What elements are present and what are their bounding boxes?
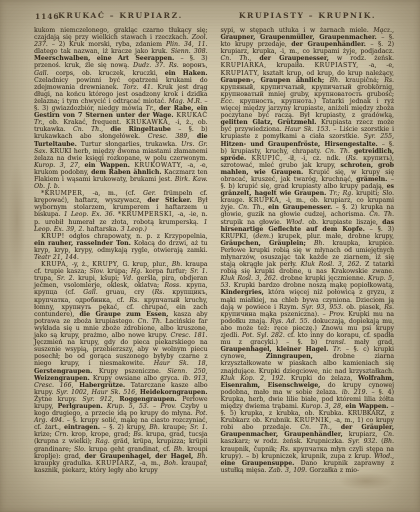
entry-paragraph: *KRUMPER, -a, m., (cf. Ger. frümpeln cf.…	[34, 190, 208, 233]
citation: Rs.	[154, 289, 164, 296]
german-gloss: Hitzen- und Graupenfröste, Hirsengestalt…	[221, 141, 378, 148]
text-run: drobne krupki jęczmienne.	[278, 275, 368, 282]
german-gloss: Graupen-, Graupen ähnlich;	[221, 77, 325, 84]
text-run: gruau, cry (	[98, 289, 155, 296]
citation: Cresc. 389,	[148, 133, 189, 140]
citation: Cn. Th.,	[221, 55, 252, 62]
text-run: крупичина mąka pszeniczna). –	[221, 311, 330, 318]
german-gloss: Gräupchen, Gräuplein;	[221, 240, 306, 247]
text-run: ob. krupiaste liszaje,	[304, 219, 382, 226]
text-run: odgłos chrapowaty, n. p. z Krzypopelnia,	[65, 233, 208, 240]
german-gloss: eintragen.	[64, 424, 100, 431]
citation: Gall.	[83, 289, 98, 296]
entry-paragraph: KRUP! odgłos chrapowaty, n. p. z Krzypop…	[34, 233, 208, 261]
entry-paragraph: KRUPA, -y, ż., KRUPY, G. krup, plur., Bh…	[34, 261, 208, 474]
german-gloss: Zinngraupen,	[266, 353, 313, 360]
citation: Kluk Rośl. 3, 262.	[221, 275, 278, 282]
text-run: Krupy owsiane albo gryca.	[90, 375, 183, 382]
scanned-dictionary-page: 1146 KRUKAĆ – KRUPIARZ. KRUPIASTY – KRUP…	[0, 0, 420, 512]
text-run: Żytne krupy.	[34, 396, 82, 403]
citation: Plin. 34, 11.	[166, 41, 208, 48]
citation: Teatr 21, 144.	[34, 254, 79, 261]
text-run: Krupki do żelaza,	[285, 375, 358, 382]
citation: Torz. 41.	[123, 84, 153, 91]
citation: Prov.	[160, 403, 176, 410]
german-gloss: Kindergries,	[221, 289, 264, 296]
headword: *KRUMPERSKI,	[118, 211, 175, 218]
text-run: Krupy pszeniczne.	[92, 368, 167, 375]
citation: Rs.	[348, 155, 358, 162]
text-run: kukom niemczelonego, grakląc czarno tłuk…	[34, 27, 208, 41]
citation: Mącz.,	[373, 27, 394, 34]
citation: Bh.	[149, 424, 160, 431]
citation: Rys. Ad. 55.	[270, 318, 309, 325]
german-gloss: Weizengraupen.	[34, 375, 90, 382]
citation: Dudz. 37. Rs.	[133, 62, 179, 69]
german-gloss: Graupenhagel, kleiner Hagel.	[221, 346, 329, 353]
german-gloss: dem Raben ähnlich.	[91, 169, 161, 176]
citation: Haur Sk. 18,	[154, 360, 208, 367]
text-run: strupik na głowie.	[221, 219, 286, 226]
entry-paragraph: sypi, w stępach utłuka i w żarnach miele…	[221, 27, 395, 474]
citation: Rs.	[280, 446, 290, 453]
text-run: ) krupek, plur. małe, drobne krupy,	[271, 233, 394, 240]
citation: Sienn. 250,	[167, 368, 207, 375]
text-run: haftarska.	[84, 226, 120, 233]
text-run: kraupky gradulka.	[34, 460, 96, 467]
citation: Tr.,	[145, 105, 155, 112]
german-gloss: Gerstengraupen.	[34, 368, 92, 375]
citation: Kluk Kop. 2, 192.	[221, 375, 286, 382]
german-gloss: der Graupenhagel, der Hagel,	[85, 453, 194, 460]
text-run: –	[149, 403, 161, 410]
citation: Mag. M.R.	[169, 98, 202, 105]
citation: Bh.	[197, 453, 208, 460]
headword: KRUPIASTY,	[314, 62, 358, 69]
citation: Sr. 1.	[190, 424, 208, 431]
german-gloss: der Sticker.	[147, 197, 191, 204]
citation: ib. 219.	[342, 389, 368, 396]
citation: Bh.	[384, 438, 395, 445]
citation: Slo.	[382, 190, 394, 197]
text-block: kukom niemczelonego, grakląc czarno tłuk…	[34, 27, 394, 496]
citation: Syr. 1002, Haur Sk. 516,	[56, 389, 137, 396]
german-gloss: grämeln.	[356, 176, 387, 183]
german-gloss: ein Graupenesser.	[268, 204, 332, 211]
citation: Kurop. 3, 28,	[301, 403, 343, 410]
text-run: krupaiła.	[267, 62, 315, 69]
text-run: воронъ,	[179, 62, 208, 69]
citation: Włod.,	[374, 453, 394, 460]
citation: Włod.	[286, 219, 304, 226]
citation: Prov.	[329, 311, 345, 318]
text-run: kaszkarz; w rodz. żeńsk. Krupniczka.	[221, 438, 348, 445]
citation: Kluk Rośl. 3, 262.	[301, 261, 362, 268]
text-run: -ił, -i, cz. ndk. (	[283, 155, 348, 162]
citation: Zab. 3, 109.	[269, 467, 307, 474]
text-run	[189, 133, 197, 140]
citation: Krup. 5, 53.	[107, 403, 149, 410]
citation: Ecc.	[221, 98, 234, 105]
german-gloss: ein Haken.	[165, 70, 208, 77]
headword: KRUP!	[41, 233, 65, 240]
text-run: -a, -e,	[359, 62, 394, 69]
citation: Kurop. 3, 27,	[34, 162, 80, 169]
citation: Syr. 932.	[348, 438, 378, 445]
citation: Cresc. 181.	[171, 332, 208, 339]
running-head-right: KRUPIASTY – KRUPNIK.	[221, 11, 394, 20]
citation: Haur Sk. 153.	[285, 126, 331, 133]
citation: Syr. 255,	[364, 133, 394, 140]
text-run: kraupičná;	[340, 77, 384, 84]
text-run: -a, m.,	[137, 460, 164, 467]
right-column: sypi, w stępach utłuka i w żarnach miele…	[221, 27, 395, 496]
german-gloss: Heidekorngraupen.	[140, 389, 208, 396]
citation: 1 Leop. Ex. 36.	[64, 211, 115, 218]
paper-stain	[402, 60, 418, 360]
text-run: krupa geht grandinat, cf.	[86, 446, 174, 453]
entry-paragraph: kukom niemczelonego, grakląc czarno tłuk…	[34, 27, 208, 190]
citation: Syr. 93, 953.	[301, 304, 343, 311]
text-run: corps, ob. kruczek, kruczki,	[49, 70, 165, 77]
text-run: ob. piasek,	[343, 304, 384, 311]
citation: Slo.	[74, 446, 86, 453]
citation: Cn. Th.	[325, 148, 350, 155]
text-run: krupiti;	[353, 190, 382, 197]
german-gloss: ein Wappen.	[85, 162, 130, 169]
citation: Cn. Th.,	[238, 204, 264, 211]
citation: 3 Leop.)	[121, 226, 147, 233]
german-gloss: Roggengraupen.	[119, 396, 176, 403]
text-run: Turtur słongarlies, trukawka.	[77, 141, 181, 148]
german-gloss: ein rauher, rasselnder Ton.	[34, 240, 131, 247]
text-run: – 2) Kruk morski, ryba, zdaniem	[48, 41, 166, 48]
paper-stain	[338, 472, 394, 490]
citation: Bh.	[329, 77, 340, 84]
citation: Rag.	[95, 438, 109, 445]
text-run: крупяный, крупитчатый, крупичатый grobkö…	[221, 84, 395, 98]
text-run: крупность, крупнота.) Tatarki jednak i r…	[221, 98, 395, 119]
headword: KRUPIARKA,	[221, 62, 267, 69]
german-gloss: der Graupenhändler.	[291, 41, 366, 48]
citation: Boh.	[164, 460, 178, 467]
text-run: kraupnik, čupnik;	[221, 446, 281, 453]
text-run: kraupe;	[160, 424, 190, 431]
citation: Bh.	[314, 240, 325, 247]
citation: Rs.	[129, 297, 139, 304]
headword: KRUKOWATY,	[134, 162, 183, 169]
german-gloss: Perlgraupen.	[58, 403, 103, 410]
german-gloss: ein Wappen.	[345, 403, 388, 410]
left-column: kukom niemczelonego, grakląc czarno tłuk…	[34, 27, 208, 496]
headword: KRUPIĆ,	[251, 155, 282, 162]
citation: Gall.	[34, 70, 49, 77]
citation: Cn. Th.	[138, 318, 162, 325]
text-run: KRUKI herb, między dwoma miastami złaman…	[34, 148, 208, 162]
german-gloss: die Graupe zum Essen,	[79, 311, 168, 318]
text-run	[306, 240, 314, 247]
german-gloss: eine Graupensuppe.	[221, 460, 295, 467]
citation: Tr.; Rg.	[329, 190, 353, 197]
text-run: w rodz. żeńsk.	[329, 55, 394, 62]
running-header: 1146 KRUKAĆ – KRUPIARZ. KRUPIASTY – KRUP…	[34, 11, 394, 24]
citation: Rs.	[384, 77, 394, 84]
german-gloss: Habergrütze.	[79, 382, 125, 389]
headword: KRUPIARZ,	[96, 460, 137, 467]
text-run: – §. 2) krupy,	[100, 424, 149, 431]
running-head-left: KRUKAĆ – KRUPIARZ.	[34, 11, 207, 20]
german-gloss: der Graupenesser,	[259, 55, 328, 62]
citation: Rs.	[384, 304, 394, 311]
citation: Bh.	[174, 446, 185, 453]
citation: Cn. Th.	[369, 211, 394, 218]
citation: Pot. Syl. 282.	[242, 332, 285, 339]
headword: KRUPIATY,	[221, 70, 260, 77]
citation: Syr. 912,	[82, 396, 113, 403]
text-run: kształt krup, od krup, do krup należący,	[260, 70, 394, 77]
paper-stain	[8, 160, 26, 280]
text-run: sypi, w stępach utłuka i w żarnach miele…	[221, 27, 374, 34]
citation: dem.	[255, 233, 270, 240]
